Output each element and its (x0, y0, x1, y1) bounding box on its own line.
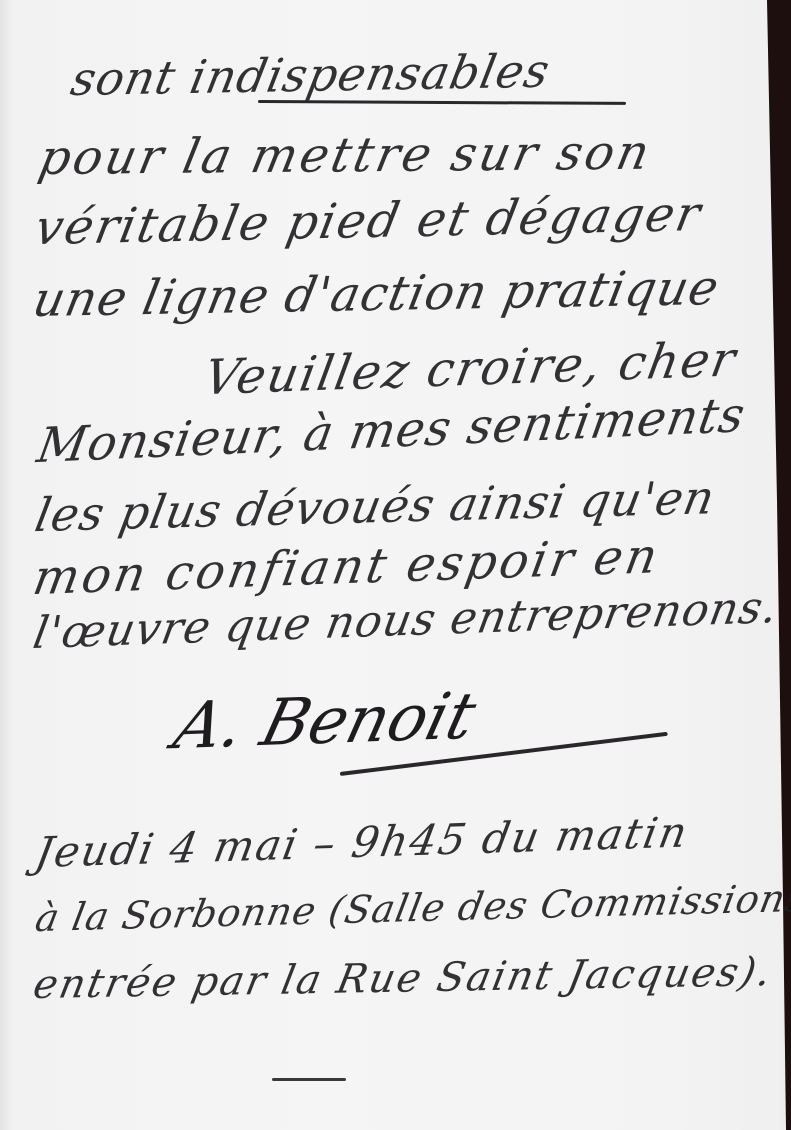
postscript-line-2: à la Sorbonne (Salle des Commissions, (32, 875, 791, 940)
postscript-line-1: Jeudi 4 mai – 9h45 du matin (32, 807, 693, 877)
letter-line-3: véritable pied et dégager (31, 186, 707, 256)
underline-indispensables (258, 100, 626, 105)
letter-line-6: Monsieur, à mes sentiments (33, 387, 749, 474)
letter-line-1: sont indispensables (67, 44, 555, 107)
postscript-line-3: entrée par la Rue Saint Jacques). (30, 949, 777, 1008)
letter-line-2: pour la mettre sur son (34, 125, 657, 186)
letter-line-4: une ligne d'action pratique (29, 260, 724, 328)
page-left-shadow (0, 0, 14, 1130)
signature: A. Benoit (167, 679, 483, 764)
letter-page: sont indispensables pour la mettre sur s… (0, 0, 791, 1130)
closing-dash (272, 1078, 346, 1081)
